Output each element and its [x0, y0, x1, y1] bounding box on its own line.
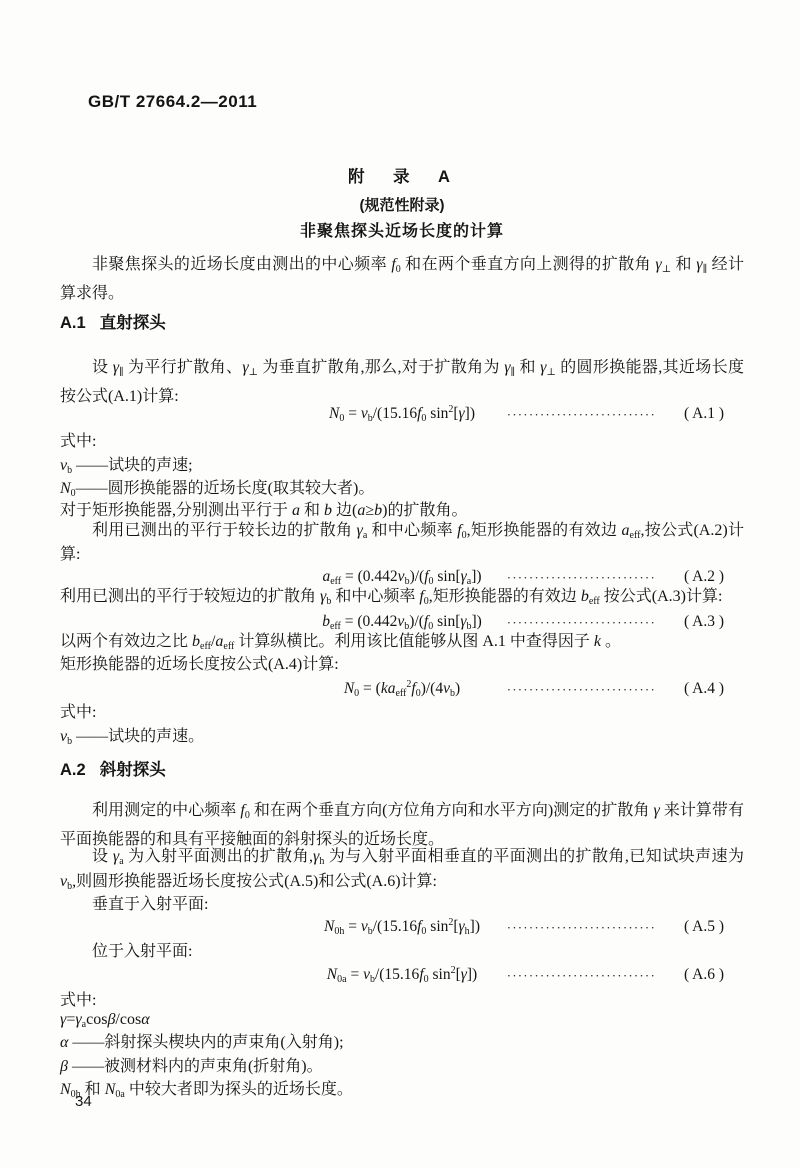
equation-a6-formula: N0a = vb/(15.16f0 sin2[γ]) [327, 962, 477, 988]
a1-definition-vb-2: vb ——试块的声速。 [60, 727, 744, 747]
a2-definition-beta: β ——被测材料内的声束角(折射角)。 [60, 1057, 744, 1077]
equation-a6-leader: ··························· [507, 963, 656, 989]
document-page: GB/T 27664.2—2011 附 录 A (规范性附录) 非聚焦探头近场长… [0, 0, 800, 1168]
a2-plane-label-2: 位于入射平面: [60, 942, 744, 962]
equation-a5-formula: N0h = vb/(15.16f0 sin2[γh]) [324, 914, 480, 940]
a1-paragraph-5: 以两个有效边之比 beff/aeff 计算纵横比。利用该比值能够从图 A.1 中… [60, 632, 744, 652]
section-a2-heading: A.2斜射探头 [60, 760, 744, 780]
page-number: 34 [75, 1092, 135, 1112]
equation-a6: N0a = vb/(15.16f0 sin2[γ]) ·············… [60, 962, 744, 988]
a1-where-label-2: 式中: [60, 703, 744, 723]
section-a1-number: A.1 [60, 314, 86, 332]
intro-paragraph: 非聚焦探头的近场长度由测出的中心频率 f0 和在两个垂直方向上测得的扩散角 γ⊥… [60, 250, 744, 308]
a1-paragraph-4: 利用已测出的平行于较短边的扩散角 γb 和中心频率 f0,矩形换能器的有效边 b… [60, 587, 744, 607]
a2-definition-gamma: γ=γacosβ/cosα [60, 1010, 744, 1030]
appendix-title: 附 录 A [60, 167, 744, 187]
a1-definition-vb: vb ——试块的声速; [60, 456, 744, 476]
equation-a1-number: ( A.1 ) [684, 401, 724, 427]
equation-a4-number: ( A.4 ) [684, 676, 724, 702]
equation-a4: N0 = (kaeff2f0)/(4vb) ··················… [60, 676, 744, 702]
a2-closing-paragraph: N0h 和 N0a 中较大者即为探头的近场长度。 [60, 1080, 744, 1100]
equation-a1-formula: N0 = vb/(15.16f0 sin2[γ]) [329, 401, 475, 427]
appendix-heading: 非聚焦探头近场长度的计算 [60, 222, 744, 242]
equation-a5-number: ( A.5 ) [684, 914, 724, 940]
section-a2-title: 斜射探头 [100, 761, 166, 779]
a2-definition-alpha: α ——斜射探头楔块内的声束角(入射角); [60, 1033, 744, 1053]
standard-code: GB/T 27664.2—2011 [88, 92, 772, 112]
equation-a5: N0h = vb/(15.16f0 sin2[γh]) ············… [60, 914, 744, 940]
a1-paragraph-6: 矩形换能器的近场长度按公式(A.4)计算: [60, 655, 744, 675]
section-a1-heading: A.1直射探头 [60, 313, 744, 333]
equation-a1-leader: ··························· [507, 402, 656, 428]
appendix-subtitle: (规范性附录) [60, 196, 744, 216]
equation-a6-number: ( A.6 ) [684, 962, 724, 988]
a1-definition-n0: N0——圆形换能器的近场长度(取其较大者)。 [60, 479, 744, 499]
equation-a4-formula: N0 = (kaeff2f0)/(4vb) [344, 676, 460, 702]
section-a2-number: A.2 [60, 761, 86, 779]
a2-paragraph-2: 设 γa 为入射平面测出的扩散角,γh 为与入射平面相垂直的平面测出的扩散角,已… [60, 844, 744, 894]
equation-a4-leader: ··························· [507, 677, 656, 703]
a2-plane-label-1: 垂直于入射平面: [60, 895, 744, 915]
equation-a1: N0 = vb/(15.16f0 sin2[γ]) ··············… [60, 401, 744, 427]
section-a1-title: 直射探头 [100, 314, 166, 332]
equation-a5-leader: ··························· [507, 915, 656, 941]
a2-where-label: 式中: [60, 991, 744, 1011]
a1-paragraph-3: 利用已测出的平行于较长边的扩散角 γa 和中心频率 f0,矩形换能器的有效边 a… [60, 515, 744, 567]
a1-where-label-1: 式中: [60, 432, 744, 452]
